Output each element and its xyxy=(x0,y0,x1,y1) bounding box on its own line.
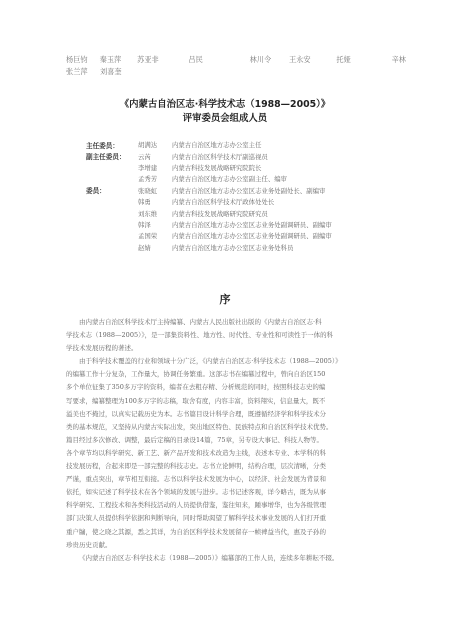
top-names-list: 杨巨钧 秦玉萍 苏亚非 吕民 林川令 王永安 托娅 辛林 张兰萍 刘喜奎 xyxy=(66,54,406,78)
member-name: 韩泽 xyxy=(138,220,172,229)
preface-line: 《内蒙古自治区志·科学技术志（1988—2005）》编纂部的工作人员，连续多年耕… xyxy=(66,552,384,565)
member-name: 孟国荣 xyxy=(138,231,172,240)
member-name: 李增建 xyxy=(138,163,172,172)
committee-member-row: 刘东维内蒙古科技发展战略研究院研究员 xyxy=(86,207,386,218)
committee-member-row: 孟秀芳内蒙古自治区地方志办公室副主任、编审 xyxy=(86,173,386,184)
committee-list: 主任委员：胡满达内蒙古自治区地方志办公室主任副主任委员：云芮内蒙古自治区科学技术… xyxy=(86,139,386,253)
member-position: 内蒙古自治区科学技术厅政体处处长 xyxy=(172,197,274,206)
committee-member-row: 赵婧内蒙古自治区地方志办公室区志业务处科员 xyxy=(86,242,386,253)
member-name: 韩勇 xyxy=(138,197,172,206)
member-position: 内蒙古自治区地方志办公室主任 xyxy=(172,140,261,149)
committee-member-row: 主任委员：胡满达内蒙古自治区地方志办公室主任 xyxy=(86,139,386,150)
preface-line: 溢美也不掩过，以真实记载历史为本。志书篇目设计科学合理，既遵循经济学和科学技术分 xyxy=(66,408,384,421)
preface-line: 类的基本规范，又坚持从内蒙古实际出发，突出地区特色、民族特点和自治区科学技术优势… xyxy=(66,421,384,434)
committee-role: 委员： xyxy=(86,185,138,195)
name: 张兰萍 xyxy=(66,66,92,78)
member-position: 内蒙古自治区科学技术厅副巡视员 xyxy=(172,152,268,161)
preface-line: 技发展历程，合起来即是一部完整的科技志史。志书立论鲜明，结构合理，层次清晰，分类 xyxy=(66,460,384,473)
preface-line: 写要求，编纂整理为100多万字的志稿，取舍有度，内容丰富，资料翔实，信息量大，既… xyxy=(66,395,384,408)
preface-line: 珍贵历史贡献。 xyxy=(66,539,384,552)
committee-member-row: 韩泽内蒙古自治区地方志办公室区志业务处副调研员、副编审 xyxy=(86,219,386,230)
member-position: 内蒙古科技发展战略研究院研究员 xyxy=(172,209,268,218)
committee-member-row: 孟国荣内蒙古自治区地方志办公室区志业务处副调研员、副编审 xyxy=(86,230,386,241)
preface-line: 严谨，重点突出，章节相互衔接。志书以科学技术发展为中心，以经济、社会发展为背景和 xyxy=(66,473,384,486)
preface-title: 序 xyxy=(0,291,450,307)
preface-line: 部门决策人员提供科学依据和判断导向，同时帮助渴望了解科学技术事业发展的人们打开重 xyxy=(66,512,384,525)
names-row-1: 杨巨钧 秦玉萍 苏亚非 吕民 林川令 王永安 托娅 辛林 xyxy=(66,54,406,66)
member-position: 内蒙古科技发展战略研究院院长 xyxy=(172,163,261,172)
preface-line: 依托，如实记述了科学技术在各个领域的发展与进步。志书记述客观，详今略古，既为从事 xyxy=(66,486,384,499)
member-name: 胡满达 xyxy=(138,140,172,149)
committee-role: 副主任委员： xyxy=(86,151,138,161)
name: 苏亚非 xyxy=(137,54,188,66)
member-position: 内蒙古自治区地方志办公室区志业务处科员 xyxy=(172,243,293,252)
member-position: 内蒙古自治区地方志办公室区志业务处副处长、副编审 xyxy=(172,186,325,195)
preface-line: 科学研究、工程技术和各类科技活动的人员提供借鉴，鉴往知来，踵事增华，也为各级管理 xyxy=(66,499,384,512)
committee-member-row: 委员：张晓虹内蒙古自治区地方志办公室区志业务处副处长、副编审 xyxy=(86,185,386,196)
preface-line: 重户牖，使之晓之其源，悉之其详，为自治区科学技术发展留存一帧裨益当代，惠及子孙的 xyxy=(66,526,384,539)
preface-line: 由内蒙古自治区科学技术厅主持编纂、内蒙古人民出版社出版的《内蒙古自治区志·科 xyxy=(66,316,384,329)
preface-line: 学技术发展历程的著述。 xyxy=(66,342,384,355)
committee-member-row: 副主任委员：云芮内蒙古自治区科学技术厅副巡视员 xyxy=(86,150,386,161)
name: 林川令 xyxy=(250,54,289,66)
preface-line: 由于科学技术覆盖的行业和领域十分广泛，《内蒙古自治区志·科学技术志（1988—2… xyxy=(66,355,384,368)
member-name: 云芮 xyxy=(138,152,172,161)
member-position: 内蒙古自治区地方志办公室区志业务处副调研员、副编审 xyxy=(172,231,332,240)
committee-member-row: 韩勇内蒙古自治区科学技术厅政体处处长 xyxy=(86,196,386,207)
preface-line: 学技术志（1988—2005）》，是一部集资料性、地方性、时代性、专业性和可读性… xyxy=(66,329,384,342)
member-name: 赵婧 xyxy=(138,243,172,252)
committee-role: 主任委员： xyxy=(86,140,138,150)
name: 杨巨钧 xyxy=(66,54,92,66)
member-name: 刘东维 xyxy=(138,209,172,218)
preface-line: 多个单位征集了350多万字的资料，编者在去粗存精、分析规范的同时，按照科技志史的… xyxy=(66,381,384,394)
preface-body: 由内蒙古自治区科学技术厅主持编纂、内蒙古人民出版社出版的《内蒙古自治区志·科学技… xyxy=(66,316,384,565)
committee-heading-line1: 《内蒙古自治区志·科学技术志（1988—2005）》 xyxy=(0,96,450,110)
member-name: 孟秀芳 xyxy=(138,174,172,183)
name: 刘喜奎 xyxy=(100,66,122,78)
name: 托娅 xyxy=(336,54,391,66)
preface-line: 的编纂工作十分复杂，工作量大，协调任务繁重。这部志书在编纂过程中，曾向自治区15… xyxy=(66,368,384,381)
member-position: 内蒙古自治区地方志办公室区志业务处副调研员、副编审 xyxy=(172,220,332,229)
committee-heading-line2: 评审委员会组成人员 xyxy=(0,110,450,124)
name: 辛林 xyxy=(392,54,406,66)
member-name: 张晓虹 xyxy=(138,186,172,195)
preface-line: 篇目经过多次修改、调整，最后定稿的目录设14篇，75章，另专设大事记、科技人物等… xyxy=(66,434,384,447)
name: 王永安 xyxy=(289,54,336,66)
preface-line: 各个章节均以科学研究、新工艺、新产品开发和技术改造为主线，表述本专业、本学科的科 xyxy=(66,447,384,460)
member-position: 内蒙古自治区地方志办公室副主任、编审 xyxy=(172,174,287,183)
name: 秦玉萍 xyxy=(100,54,137,66)
committee-member-row: 李增建内蒙古科技发展战略研究院院长 xyxy=(86,162,386,173)
names-row-2: 张兰萍 刘喜奎 xyxy=(66,66,406,78)
name: 吕民 xyxy=(188,54,249,66)
